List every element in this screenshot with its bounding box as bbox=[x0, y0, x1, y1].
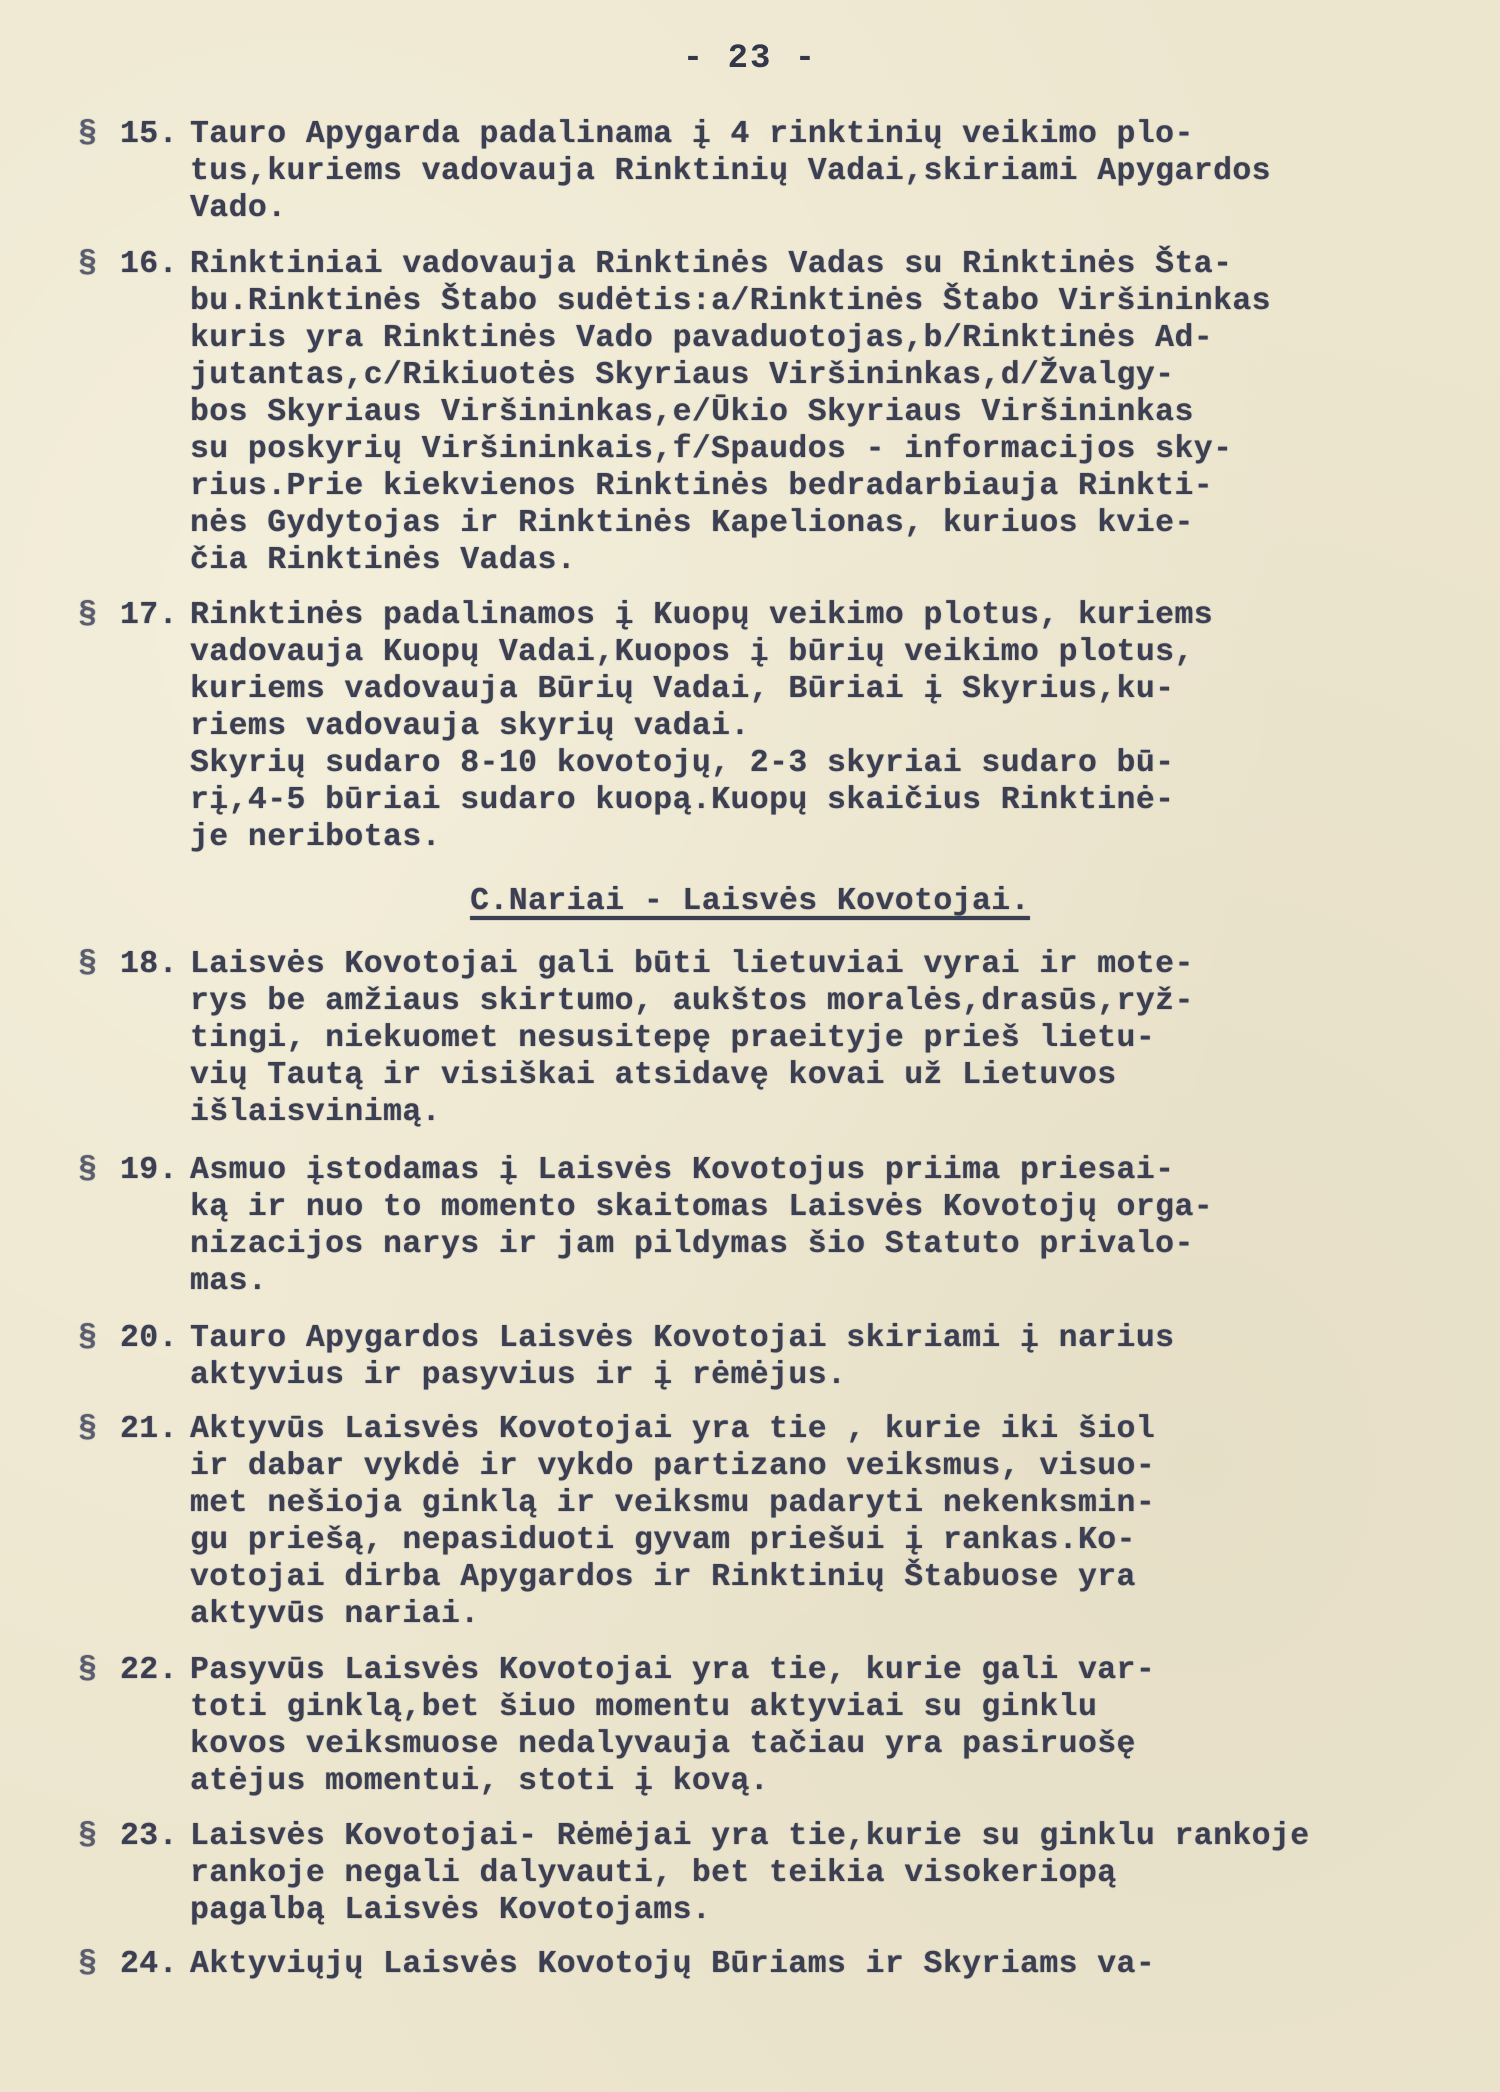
paragraph-22: § 22. Pasyvūs Laisvės Kovotojai yra tie,… bbox=[78, 1652, 1458, 1800]
paragraph-line: nizacijos narys ir jam pildymas šio Stat… bbox=[190, 1226, 1458, 1263]
paragraph-line: je neribotas. bbox=[190, 819, 1458, 856]
paragraph-line: su poskyrių Viršininkais,f/Spaudos - inf… bbox=[190, 431, 1458, 468]
document-page: - 23 - § 15. Tauro Apygarda padalinama į… bbox=[0, 0, 1500, 2092]
paragraph-line: pagalbą Laisvės Kovotojams. bbox=[190, 1892, 1458, 1929]
paragraph-line: aktyvūs nariai. bbox=[190, 1596, 1458, 1633]
paragraph-number: 15. bbox=[120, 116, 178, 153]
paragraph-19: § 19. Asmuo įstodamas į Laisvės Kovotoju… bbox=[78, 1152, 1458, 1300]
section-sign: § bbox=[78, 1152, 114, 1189]
section-sign: § bbox=[78, 946, 114, 983]
paragraph-23: § 23. Laisvės Kovotojai- Rėmėjai yra tie… bbox=[78, 1818, 1458, 1929]
paragraph-16: § 16. Rinktiniai vadovauja Rinktinės Vad… bbox=[78, 246, 1458, 579]
section-sign: § bbox=[78, 1320, 114, 1357]
paragraph-line: Laisvės Kovotojai gali būti lietuviai vy… bbox=[190, 946, 1458, 983]
section-sign: § bbox=[78, 1946, 114, 1983]
paragraph-line: mas. bbox=[190, 1263, 1458, 1300]
section-sign: § bbox=[78, 246, 114, 283]
section-sign: § bbox=[78, 116, 114, 153]
section-sign: § bbox=[78, 1652, 114, 1689]
paragraph-line: ką ir nuo to momento skaitomas Laisvės K… bbox=[190, 1189, 1458, 1226]
section-heading: C.Nariai - Laisvės Kovotojai. bbox=[0, 884, 1500, 919]
paragraph-line: votojai dirba Apygardos ir Rinktinių Šta… bbox=[190, 1559, 1458, 1596]
section-heading-text: C.Nariai - Laisvės Kovotojai. bbox=[470, 884, 1030, 919]
paragraph-21: § 21. Aktyvūs Laisvės Kovotojai yra tie … bbox=[78, 1411, 1458, 1633]
paragraph-line: Vado. bbox=[190, 190, 1458, 227]
paragraph-number: 17. bbox=[120, 597, 178, 634]
paragraph-number: 19. bbox=[120, 1152, 178, 1189]
section-sign: § bbox=[78, 597, 114, 634]
paragraph-line: ir dabar vykdė ir vykdo partizano veiksm… bbox=[190, 1448, 1458, 1485]
paragraph-line: išlaisvinimą. bbox=[190, 1094, 1458, 1131]
section-sign: § bbox=[78, 1818, 114, 1855]
paragraph-line: kovos veiksmuose nedalyvauja tačiau yra … bbox=[190, 1726, 1458, 1763]
section-sign: § bbox=[78, 1411, 114, 1448]
paragraph-20: § 20. Tauro Apygardos Laisvės Kovotojai … bbox=[78, 1320, 1458, 1394]
paragraph-line: rius.Prie kiekvienos Rinktinės bedradarb… bbox=[190, 468, 1458, 505]
paragraph-line: aktyvius ir pasyvius ir į rėmėjus. bbox=[190, 1357, 1458, 1394]
paragraph-line: atėjus momentui, stoti į kovą. bbox=[190, 1763, 1458, 1800]
paragraph-24: § 24. Aktyviųjų Laisvės Kovotojų Būriams… bbox=[78, 1946, 1458, 1983]
paragraph-15: § 15. Tauro Apygarda padalinama į 4 rink… bbox=[78, 116, 1458, 227]
paragraph-line: Aktyvūs Laisvės Kovotojai yra tie , kuri… bbox=[190, 1411, 1458, 1448]
paragraph-line: tus,kuriems vadovauja Rinktinių Vadai,sk… bbox=[190, 153, 1458, 190]
paragraph-line: jutantas,c/Rikiuotės Skyriaus Viršininka… bbox=[190, 357, 1458, 394]
paragraph-line: kuris yra Rinktinės Vado pavaduotojas,b/… bbox=[190, 320, 1458, 357]
paragraph-line: toti ginklą,bet šiuo momentu aktyviai su… bbox=[190, 1689, 1458, 1726]
paragraph-line: nės Gydytojas ir Rinktinės Kapelionas, k… bbox=[190, 505, 1458, 542]
paragraph-line: rankoje negali dalyvauti, bet teikia vis… bbox=[190, 1855, 1458, 1892]
paragraph-line: Asmuo įstodamas į Laisvės Kovotojus prii… bbox=[190, 1152, 1458, 1189]
paragraph-number: 18. bbox=[120, 946, 178, 983]
paragraph-line: rį,4-5 būriai sudaro kuopą.Kuopų skaičiu… bbox=[190, 782, 1458, 819]
paragraph-number: 20. bbox=[120, 1320, 178, 1357]
paragraph-line: čia Rinktinės Vadas. bbox=[190, 542, 1458, 579]
paragraph-line: vadovauja Kuopų Vadai,Kuopos į būrių vei… bbox=[190, 634, 1458, 671]
paragraph-line: bu.Rinktinės Štabo sudėtis:a/Rinktinės Š… bbox=[190, 283, 1458, 320]
paragraph-line: kuriems vadovauja Būrių Vadai, Būriai į … bbox=[190, 671, 1458, 708]
paragraph-line: gu priešą, nepasiduoti gyvam priešui į r… bbox=[190, 1522, 1458, 1559]
paragraph-line: Tauro Apygarda padalinama į 4 rinktinių … bbox=[190, 116, 1458, 153]
paragraph-line: Tauro Apygardos Laisvės Kovotojai skiria… bbox=[190, 1320, 1458, 1357]
paragraph-line: Rinktinės padalinamos į Kuopų veikimo pl… bbox=[190, 597, 1458, 634]
paragraph-line: Pasyvūs Laisvės Kovotojai yra tie, kurie… bbox=[190, 1652, 1458, 1689]
paragraph-17: § 17. Rinktinės padalinamos į Kuopų veik… bbox=[78, 597, 1458, 856]
paragraph-line: bos Skyriaus Viršininkas,e/Ūkio Skyriaus… bbox=[190, 394, 1458, 431]
paragraph-line: Rinktiniai vadovauja Rinktinės Vadas su … bbox=[190, 246, 1458, 283]
paragraph-line: Skyrių sudaro 8-10 kovotojų, 2-3 skyriai… bbox=[190, 745, 1458, 782]
paragraph-line: met nešioja ginklą ir veiksmu padaryti n… bbox=[190, 1485, 1458, 1522]
paragraph-line: riems vadovauja skyrių vadai. bbox=[190, 708, 1458, 745]
paragraph-line: Aktyviųjų Laisvės Kovotojų Būriams ir Sk… bbox=[190, 1946, 1458, 1983]
paragraph-number: 16. bbox=[120, 246, 178, 283]
paragraph-number: 22. bbox=[120, 1652, 178, 1689]
paragraph-line: tingi, niekuomet nesusitepę praeityje pr… bbox=[190, 1020, 1458, 1057]
paragraph-number: 21. bbox=[120, 1411, 178, 1448]
paragraph-line: Laisvės Kovotojai- Rėmėjai yra tie,kurie… bbox=[190, 1818, 1458, 1855]
page-number: - 23 - bbox=[0, 40, 1500, 78]
paragraph-number: 23. bbox=[120, 1818, 178, 1855]
paragraph-line: vių Tautą ir visiškai atsidavę kovai už … bbox=[190, 1057, 1458, 1094]
paragraph-18: § 18. Laisvės Kovotojai gali būti lietuv… bbox=[78, 946, 1458, 1131]
paragraph-number: 24. bbox=[120, 1946, 178, 1983]
paragraph-line: rys be amžiaus skirtumo, aukštos moralės… bbox=[190, 983, 1458, 1020]
